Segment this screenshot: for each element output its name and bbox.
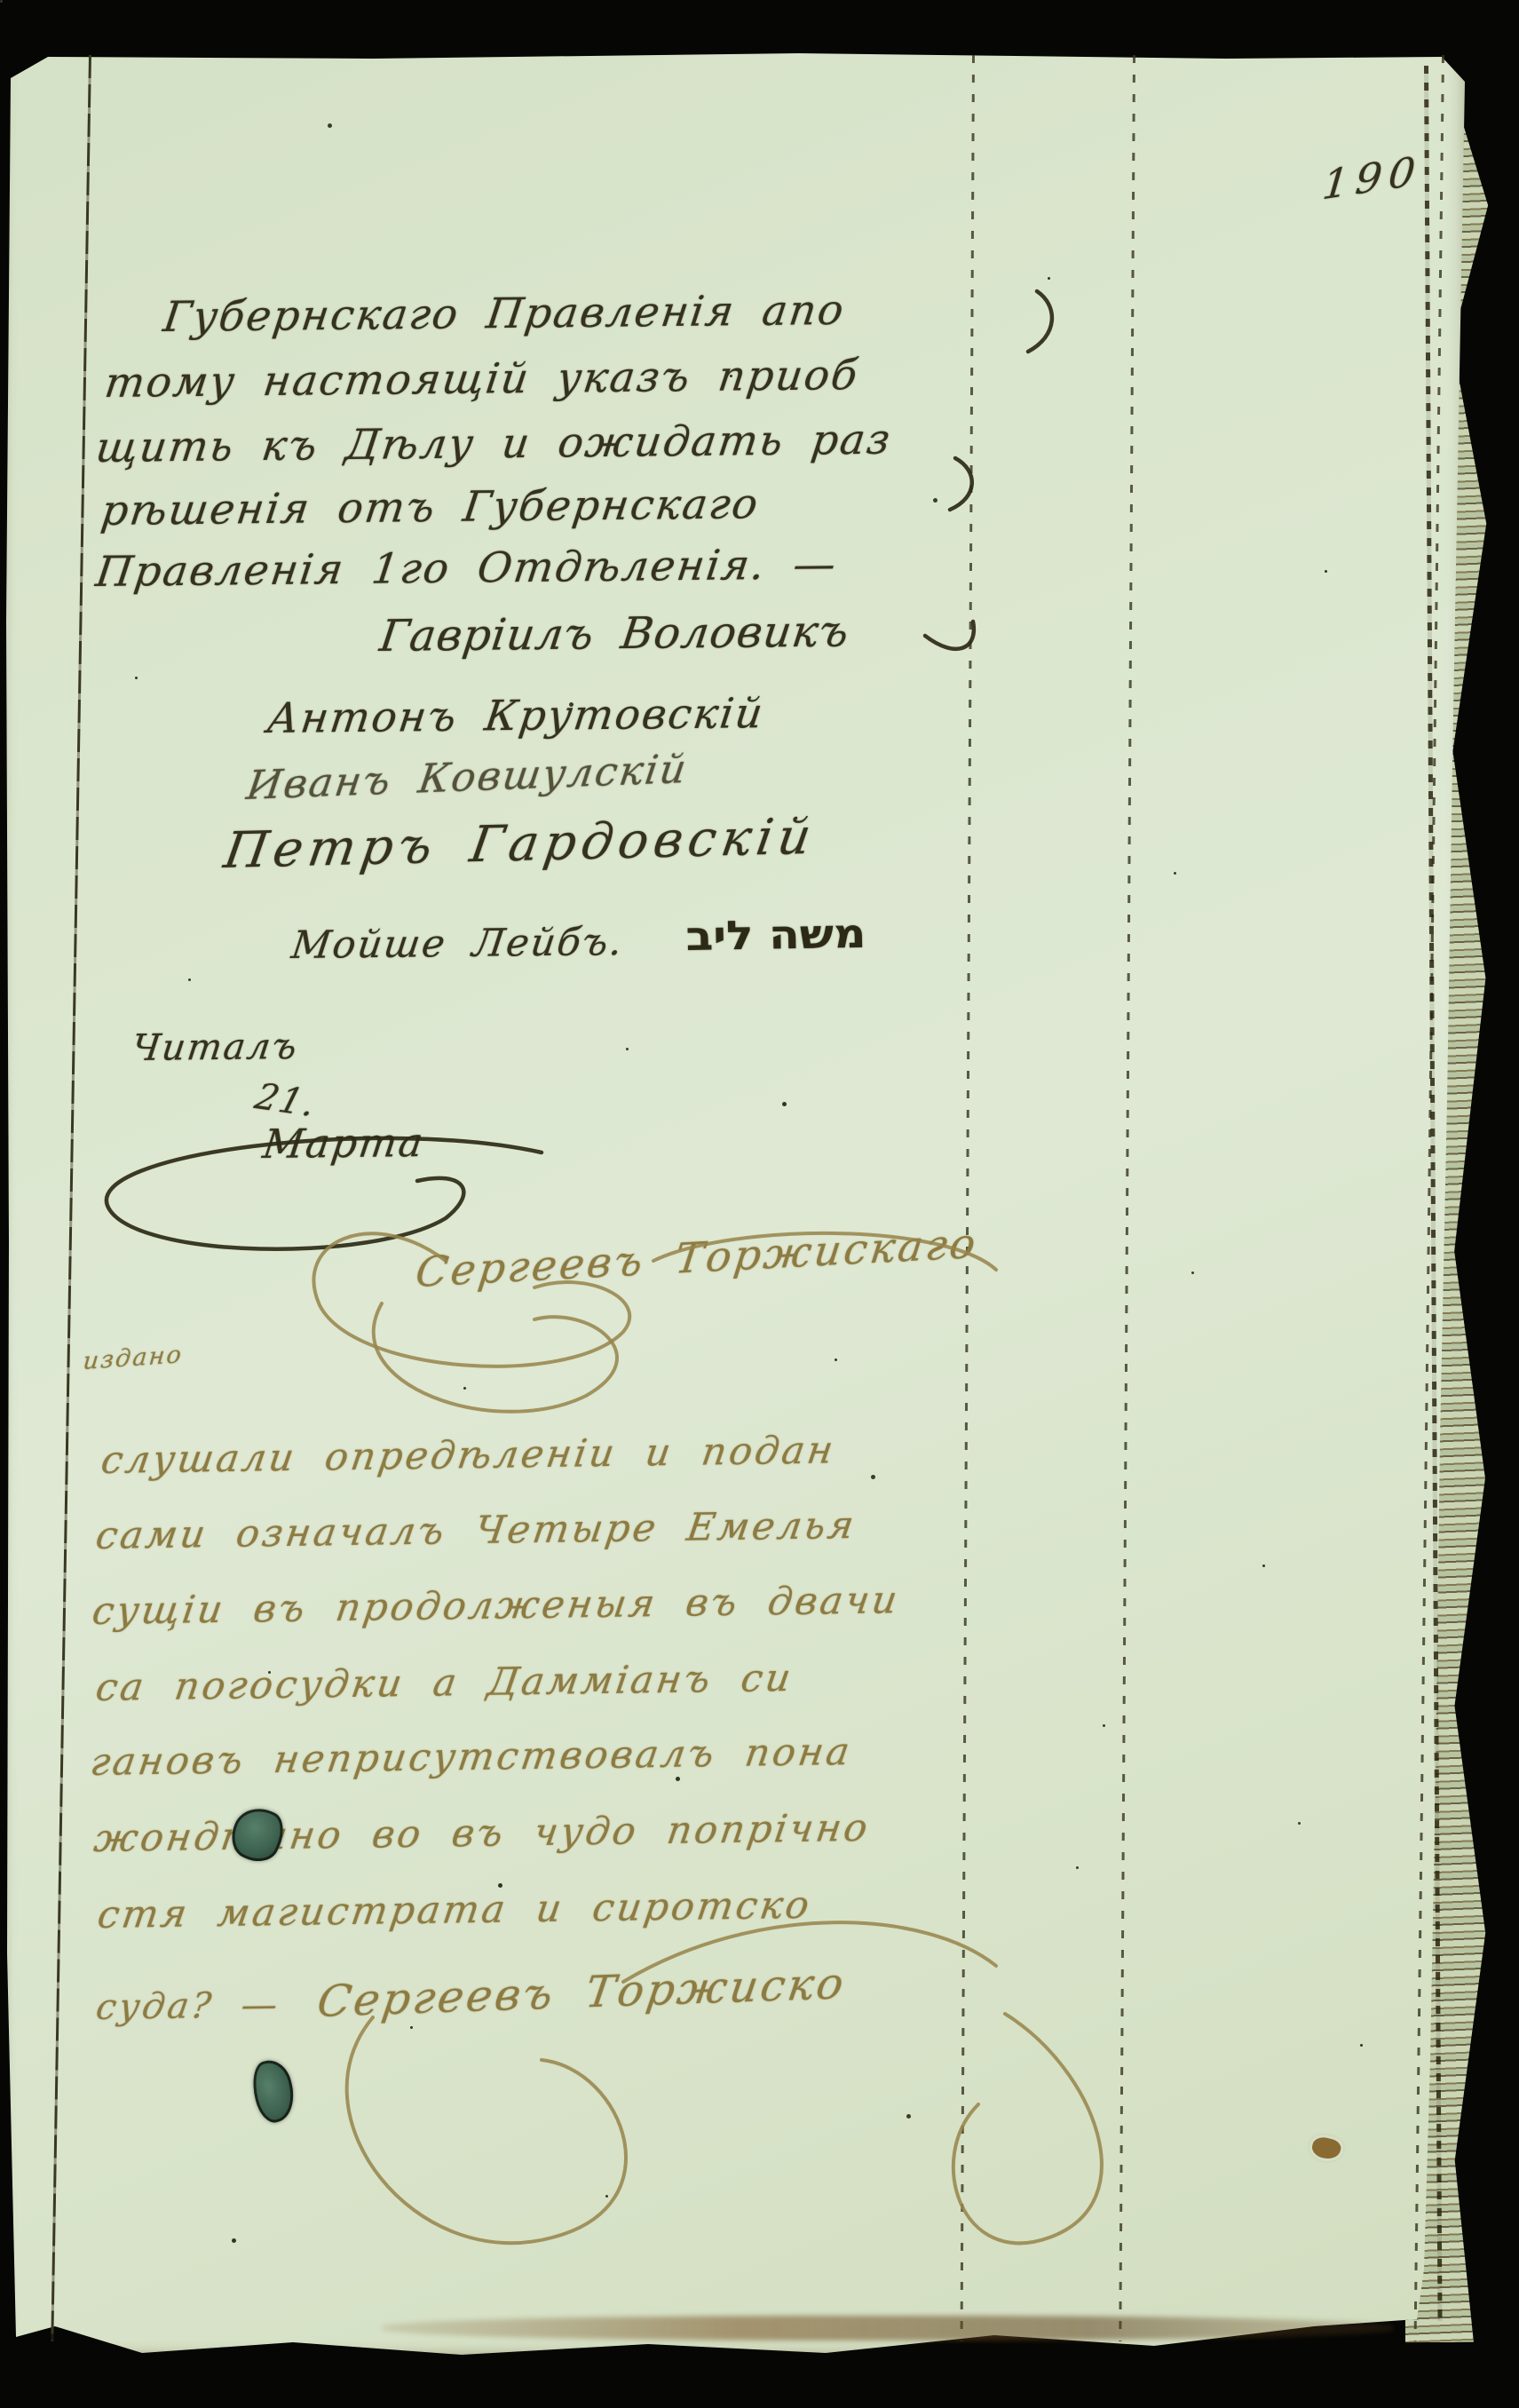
signature-krutovsky: Антонъ Крутовскій	[265, 689, 767, 743]
signature-moyshe-leyb: Мойше Лейбъ.	[289, 920, 626, 968]
paragraph-line: Правленія 1го Отдѣленія. —	[93, 540, 841, 597]
hebrew-signature: משה ליב	[685, 910, 866, 960]
margin-note-read: Читалъ	[130, 1025, 301, 1069]
paragraph-line: Губернскаго Правленія апо	[161, 286, 848, 342]
paragraph-line: щить къ Дѣлу и ожидать раз	[93, 416, 895, 472]
margin-note-day: 21.	[250, 1076, 321, 1125]
bottom-edge-stain	[382, 2316, 1394, 2341]
paper-specks	[0, 0, 3, 3]
paragraph-line: тому настоящій указъ приоб	[102, 351, 862, 408]
scanned-manuscript-page: 190 Губернскаго Правленія апо тому насто…	[0, 0, 1519, 2408]
signature-volovik: Гавріилъ Воловикъ	[377, 606, 853, 661]
brown-closing-word: суда? —	[93, 1984, 282, 2028]
paragraph-line: рѣшенія отъ Губернскаго	[99, 479, 763, 535]
margin-note-month: Марта	[260, 1119, 427, 1168]
